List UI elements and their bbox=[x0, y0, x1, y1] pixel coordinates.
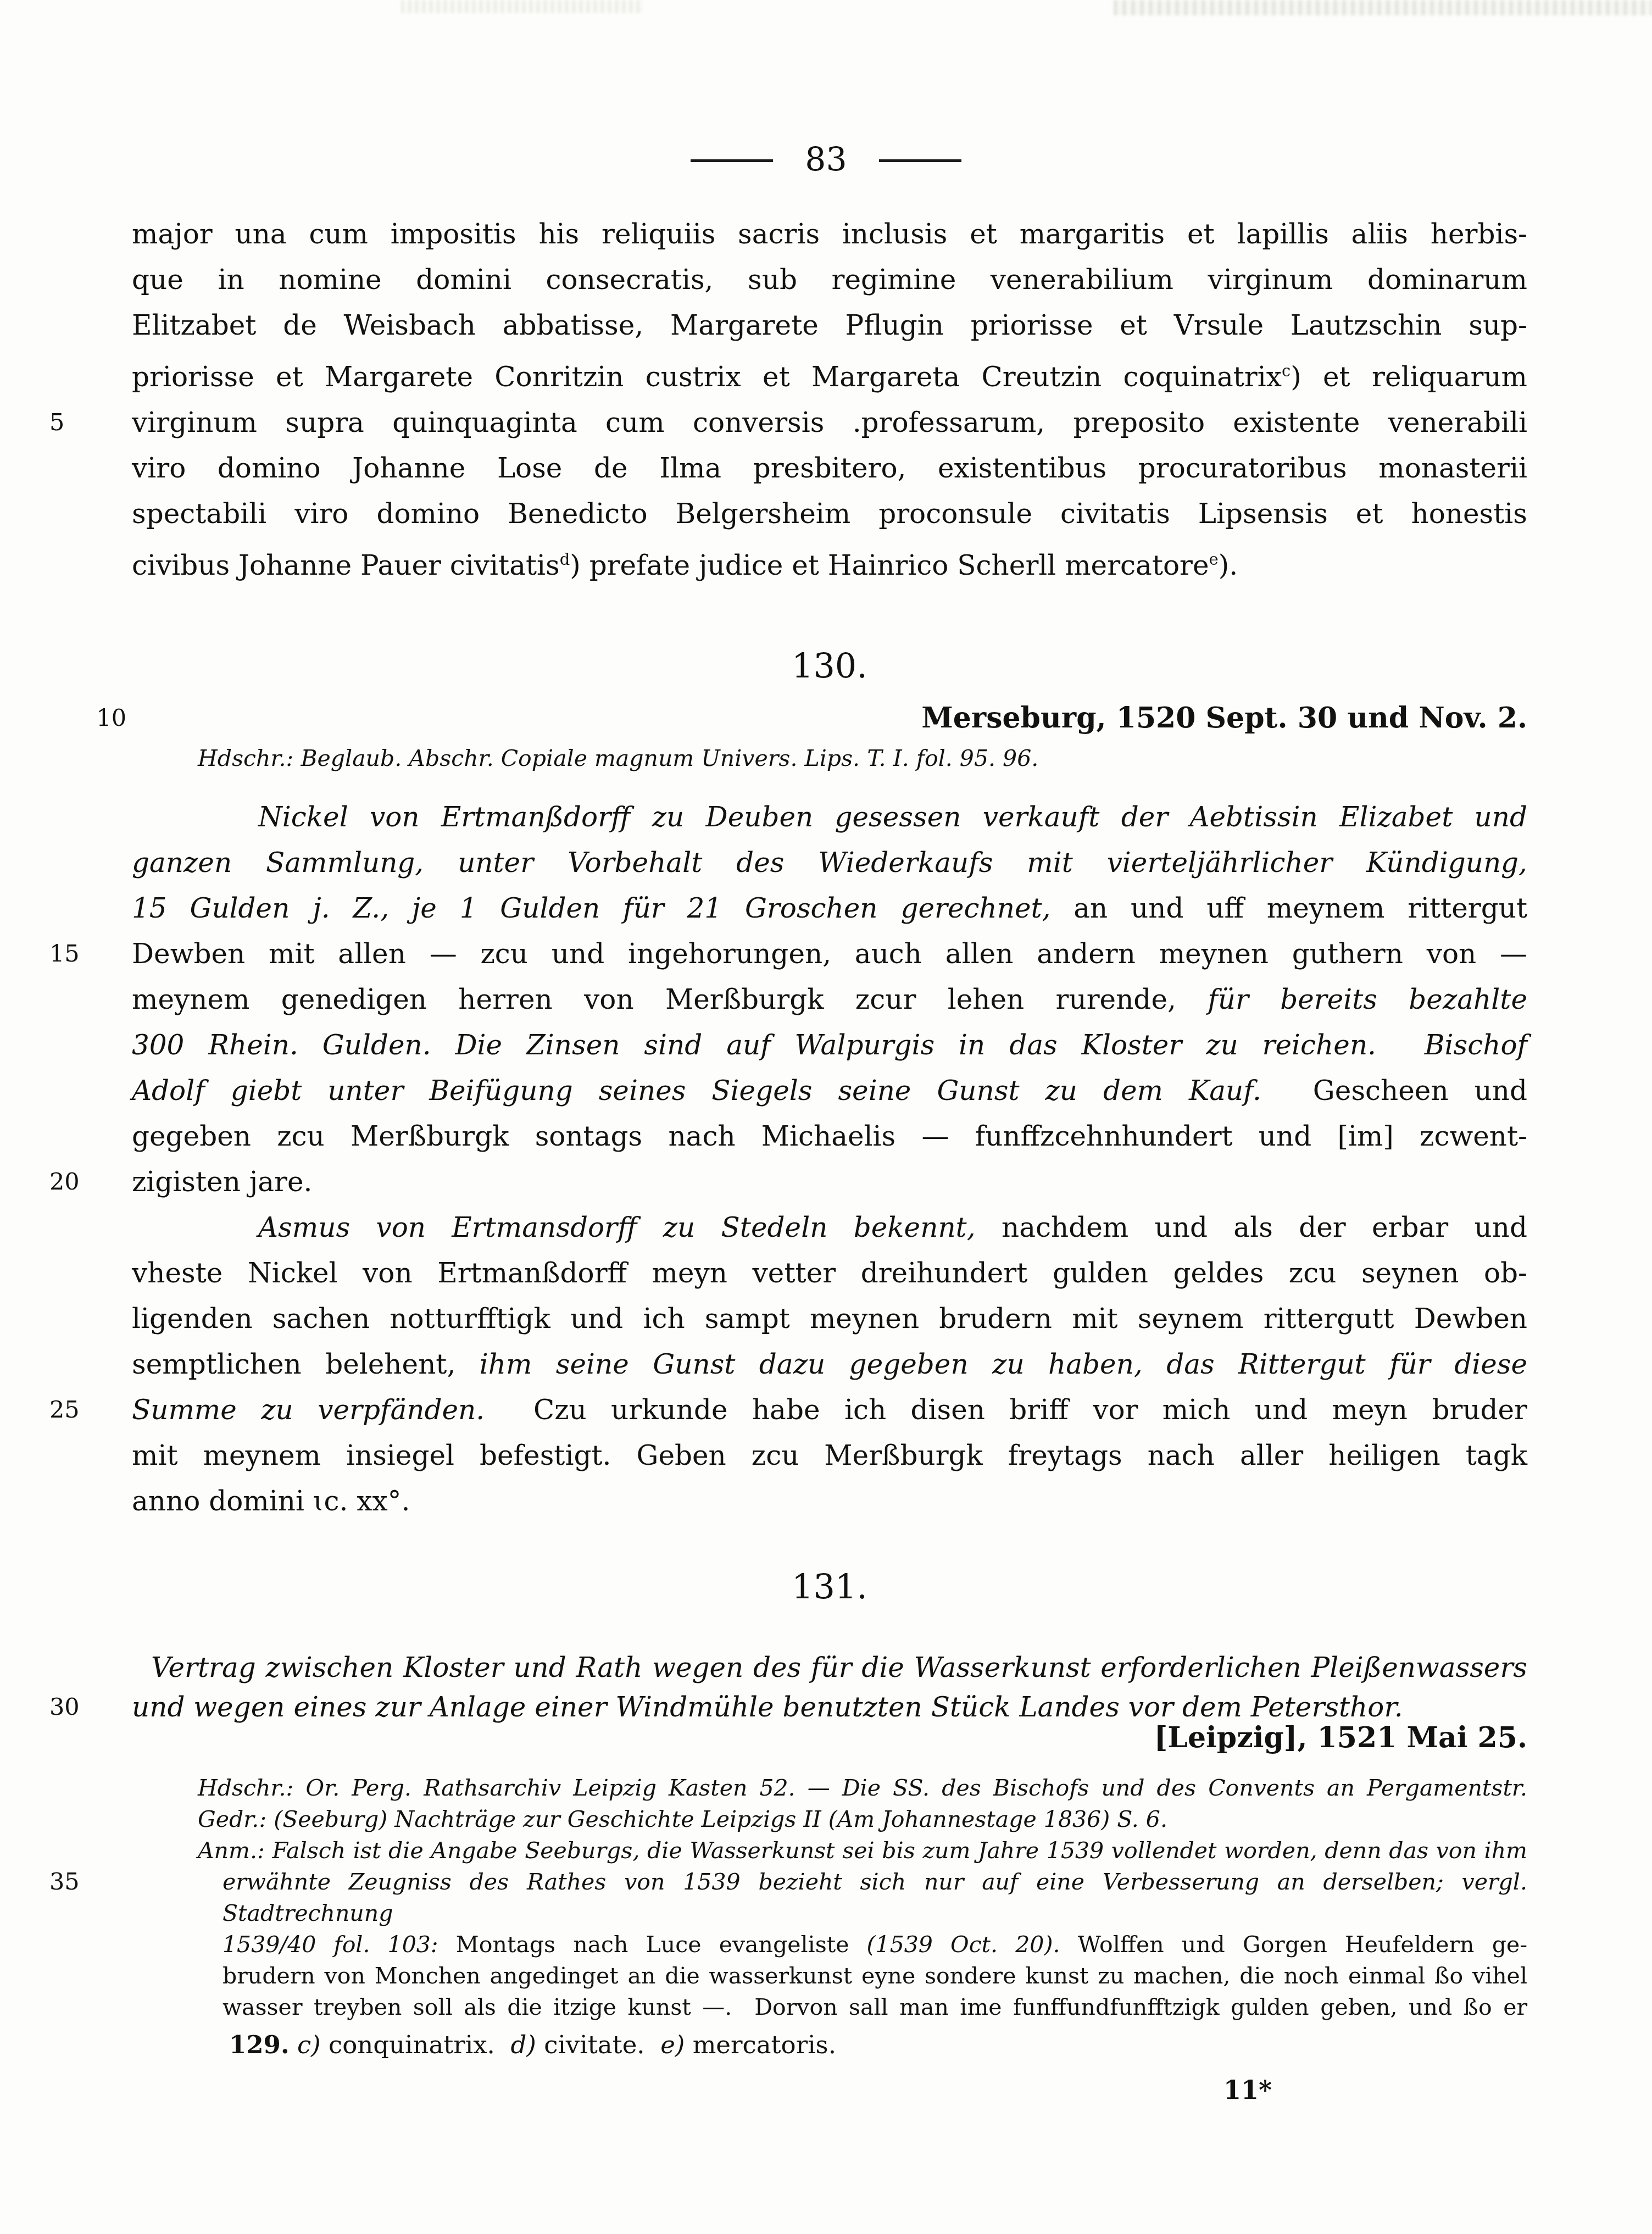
text-line: Nickel von Ertmanßdorff zu Deuben gesess… bbox=[132, 794, 1527, 840]
entry-129-continuation: major una cum impositis his reliquiis sa… bbox=[132, 212, 1527, 588]
text-run: und wegen eines zur Anlage einer Windmüh… bbox=[132, 1691, 1403, 1723]
text-line: que in nomine domini consecratis, sub re… bbox=[132, 257, 1527, 303]
entry-130-body: Nickel von Ertmanßdorff zu Deuben gesess… bbox=[132, 794, 1527, 1524]
text-run: Czu urkunde habe ich disen briff vor mic… bbox=[485, 1394, 1527, 1426]
printer-signature: 11* bbox=[132, 2075, 1272, 2105]
text-run: c) bbox=[297, 2030, 321, 2059]
text-run: d) bbox=[511, 2030, 536, 2059]
text-run: ihm seine Gunst dazu gegeben zu haben, d… bbox=[480, 1348, 1527, 1380]
text-run: für bereits bezahlte bbox=[1208, 983, 1527, 1015]
text-run: erwähnte Zeugniss des Rathes von 1539 be… bbox=[223, 1869, 1527, 1926]
entry-131-date: [Leipzig], 1521 Mai 25. bbox=[1154, 1721, 1527, 1754]
text-run: gegeben zcu Merßburgk sontags nach Micha… bbox=[132, 1120, 1527, 1152]
text-run: civibus Johanne Pauer civitatis bbox=[132, 549, 560, 581]
text-line: 35erwähnte Zeugniss des Rathes von 1539 … bbox=[198, 1866, 1527, 1929]
text-run: Anm.: Falsch ist die Angabe Seeburgs, di… bbox=[198, 1837, 1527, 1864]
entry-130-number: 130. bbox=[132, 644, 1527, 688]
text-run: Wolffen und Gorgen Heufeldern ge- bbox=[1060, 1931, 1527, 1958]
text-line: meynem genedigen herren von Merßburgk zc… bbox=[132, 977, 1527, 1022]
entry-131-regest: Vertrag zwischen Kloster und Rath wegen … bbox=[132, 1648, 1527, 1727]
text-line: semptlichen belehent, ihm seine Gunst da… bbox=[132, 1342, 1527, 1387]
text-run: c bbox=[1282, 362, 1291, 380]
text-run: e bbox=[1209, 550, 1219, 569]
text-run: conquinatrix. bbox=[321, 2030, 511, 2059]
text-run: 15 Gulden j. Z., je 1 Gulden für 21 Gros… bbox=[132, 892, 1050, 924]
text-run: zigisten jare. bbox=[132, 1166, 312, 1198]
text-run: spectabili viro domino Benedicto Belgers… bbox=[132, 498, 1527, 530]
text-line: Hdschr.: Or. Perg. Rathsarchiv Leipzig K… bbox=[198, 1772, 1527, 1804]
entry-130-dateline: 10 Merseburg, 1520 Sept. 30 und Nov. 2. bbox=[132, 701, 1527, 735]
text-run: Hdschr.: Or. Perg. Rathsarchiv Leipzig K… bbox=[198, 1775, 1527, 1801]
text-run: meynem genedigen herren von Merßburgk zc… bbox=[132, 983, 1208, 1015]
text-run: mit meynem insiegel befestigt. Geben zcu… bbox=[132, 1440, 1527, 1471]
text-line: Elitzabet de Weisbach abbatisse, Margare… bbox=[132, 303, 1527, 348]
text-line: 25Summe zu verpfänden. Czu urkunde habe … bbox=[132, 1387, 1527, 1433]
entry-130-date: Merseburg, 1520 Sept. 30 und Nov. 2. bbox=[921, 701, 1527, 735]
text-line: anno domini ɩc. xx°. bbox=[132, 1479, 1527, 1524]
text-run: semptlichen belehent, bbox=[132, 1348, 480, 1380]
text-run: e) bbox=[660, 2030, 685, 2059]
text-run: Asmus von Ertmansdorff zu Stedeln bekenn… bbox=[258, 1212, 976, 1243]
text-line: 15Dewben mit allen — zcu und ingehorunge… bbox=[132, 931, 1527, 977]
text-line: Anm.: Falsch ist die Angabe Seeburgs, di… bbox=[198, 1835, 1527, 1866]
text-line: major una cum impositis his reliquiis sa… bbox=[132, 212, 1527, 257]
text-run: Vertrag zwischen Kloster und Rath wegen … bbox=[151, 1652, 1527, 1683]
text-run: ) prefate judice et Hainrico Scherll mer… bbox=[570, 549, 1209, 581]
text-run: brudern von Monchen angedinget an die wa… bbox=[223, 1963, 1527, 1989]
text-line: ligenden sachen notturfftigk und ich sam… bbox=[132, 1296, 1527, 1342]
text-run: 300 Rhein. Gulden. Die Zinsen sind auf W… bbox=[132, 1029, 1527, 1061]
margin-line-number: 10 bbox=[49, 701, 126, 735]
text-run: priorisse et Margarete Conritzin custrix… bbox=[132, 361, 1282, 393]
text-run: Gedr.: (Seeburg) Nachträge zur Geschicht… bbox=[198, 1806, 1167, 1832]
text-run: civitate. bbox=[536, 2030, 660, 2059]
text-line: priorisse et Margarete Conritzin custrix… bbox=[132, 348, 1527, 400]
text-line: 20zigisten jare. bbox=[132, 1159, 1527, 1205]
text-run: 129. bbox=[229, 2030, 290, 2059]
text-line: wasser treyben soll als die itzige kunst… bbox=[198, 1992, 1527, 2023]
entry-131-dateline: [Leipzig], 1521 Mai 25. bbox=[132, 1721, 1527, 1755]
text-run: viro domino Johanne Lose de Ilma presbit… bbox=[132, 452, 1527, 484]
text-run: Dewben mit allen — zcu und ingehorungen,… bbox=[132, 938, 1527, 970]
text-line: brudern von Monchen angedinget an die wa… bbox=[198, 1960, 1527, 1992]
text-line: Vertrag zwischen Kloster und Rath wegen … bbox=[132, 1648, 1527, 1687]
text-line: Asmus von Ertmansdorff zu Stedeln bekenn… bbox=[132, 1205, 1527, 1251]
text-run: Adolf giebt unter Beifügung seines Siege… bbox=[132, 1075, 1261, 1107]
margin-line-number: 5 bbox=[49, 400, 126, 446]
text-run: Montags nach Luce evangeliste bbox=[456, 1931, 867, 1958]
text-line: ganzen Sammlung, unter Vorbehalt des Wie… bbox=[132, 840, 1527, 886]
text-line: 300 Rhein. Gulden. Die Zinsen sind auf W… bbox=[132, 1022, 1527, 1068]
text-block: major una cum impositis his reliquiis sa… bbox=[132, 0, 1527, 2234]
text-run: d bbox=[560, 550, 570, 569]
text-run: Gescheen und bbox=[1261, 1075, 1527, 1107]
text-line: Hdschr.: Beglaub. Abschr. Copiale magnum… bbox=[198, 743, 1527, 774]
text-run bbox=[290, 2030, 297, 2059]
entry-130-sources: Hdschr.: Beglaub. Abschr. Copiale magnum… bbox=[198, 743, 1527, 774]
text-run: Nickel von Ertmanßdorff zu Deuben gesess… bbox=[258, 801, 1527, 833]
text-run: ). bbox=[1219, 549, 1238, 581]
text-run: wasser treyben soll als die itzige kunst… bbox=[223, 1994, 1527, 2020]
text-run: ganzen Sammlung, unter Vorbehalt des Wie… bbox=[132, 847, 1527, 879]
text-run: vheste Nickel von Ertmanßdorff meyn vett… bbox=[132, 1257, 1527, 1289]
text-line: gegeben zcu Merßburgk sontags nach Micha… bbox=[132, 1114, 1527, 1159]
text-run: Elitzabet de Weisbach abbatisse, Margare… bbox=[132, 309, 1527, 341]
text-line: Adolf giebt unter Beifügung seines Siege… bbox=[132, 1068, 1527, 1114]
text-run: Summe zu verpfänden. bbox=[132, 1394, 485, 1426]
text-run: ) et reliquarum bbox=[1291, 361, 1527, 393]
text-line: 129. c) conquinatrix. d) civitate. e) me… bbox=[229, 2029, 1438, 2061]
text-run: Hdschr.: Beglaub. Abschr. Copiale magnum… bbox=[198, 745, 1038, 771]
text-run: anno domini ɩc. xx°. bbox=[132, 1485, 410, 1517]
text-line: viro domino Johanne Lose de Ilma presbit… bbox=[132, 446, 1527, 491]
text-line: 15 Gulden j. Z., je 1 Gulden für 21 Gros… bbox=[132, 886, 1527, 931]
text-run: an und uff meynem rittergut bbox=[1050, 892, 1527, 924]
text-run: mercatoris. bbox=[685, 2030, 836, 2059]
footnotes-entry-129: 129. c) conquinatrix. d) civitate. e) me… bbox=[229, 2029, 1438, 2061]
scanned-book-page: 83 major una cum impositis his reliquiis… bbox=[0, 0, 1652, 2234]
text-line: Gedr.: (Seeburg) Nachträge zur Geschicht… bbox=[198, 1804, 1527, 1835]
text-run: major una cum impositis his reliquiis sa… bbox=[132, 218, 1527, 250]
margin-line-number: 20 bbox=[49, 1159, 126, 1205]
margin-line-number: 25 bbox=[49, 1387, 126, 1433]
text-run: que in nomine domini consecratis, sub re… bbox=[132, 264, 1527, 296]
entry-131-sources: Hdschr.: Or. Perg. Rathsarchiv Leipzig K… bbox=[198, 1772, 1527, 2023]
text-line: spectabili viro domino Benedicto Belgers… bbox=[132, 491, 1527, 537]
text-line: vheste Nickel von Ertmanßdorff meyn vett… bbox=[132, 1251, 1527, 1296]
text-run: 1539/40 fol. 103: bbox=[223, 1931, 456, 1958]
margin-line-number: 30 bbox=[49, 1687, 126, 1727]
text-run: (1539 Oct. 20). bbox=[867, 1931, 1060, 1958]
text-run: virginum supra quinquaginta cum conversi… bbox=[132, 407, 1527, 438]
margin-line-number: 35 bbox=[49, 1866, 126, 1898]
text-line: mit meynem insiegel befestigt. Geben zcu… bbox=[132, 1433, 1527, 1479]
text-run: ligenden sachen notturfftigk und ich sam… bbox=[132, 1303, 1527, 1335]
entry-131-number: 131. bbox=[132, 1565, 1527, 1609]
text-run: nachdem und als der erbar und bbox=[976, 1212, 1527, 1243]
text-line: 1539/40 fol. 103: Montags nach Luce evan… bbox=[198, 1929, 1527, 1960]
text-line: civibus Johanne Pauer civitatisd) prefat… bbox=[132, 537, 1527, 588]
margin-line-number: 15 bbox=[49, 931, 126, 977]
text-line: 5virginum supra quinquaginta cum convers… bbox=[132, 400, 1527, 446]
